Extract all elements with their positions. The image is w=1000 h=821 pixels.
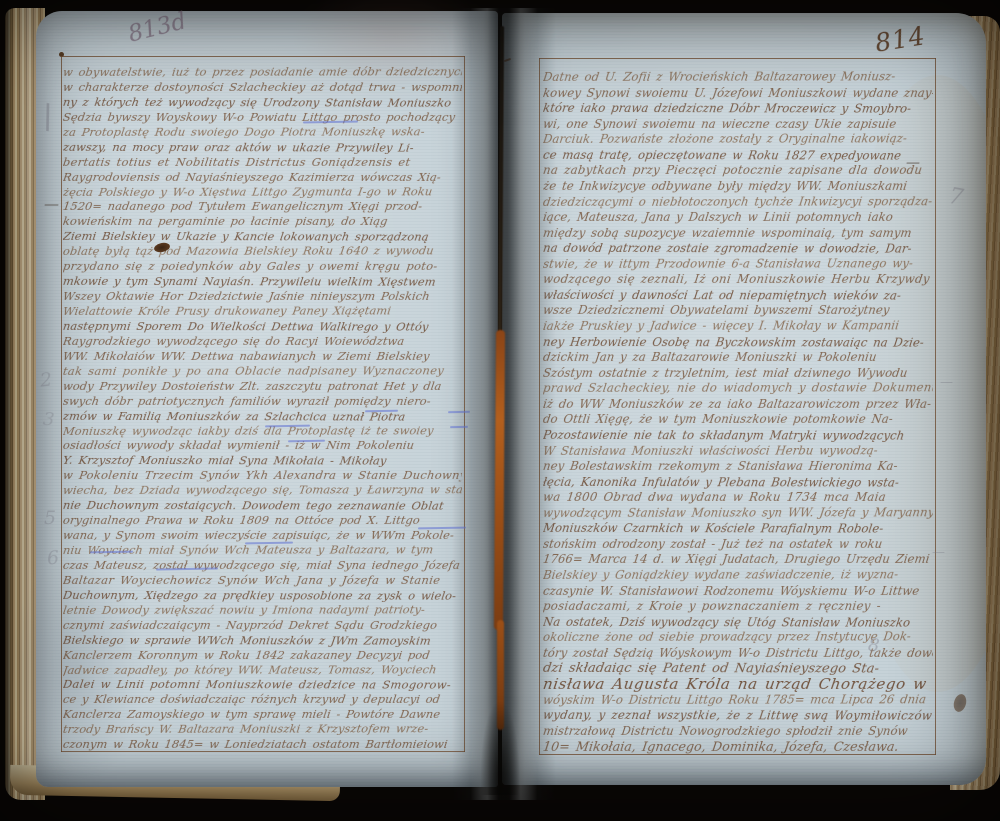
margin-mark-pencil-slash: \ <box>39 96 56 137</box>
manuscript-line: zawszy, na mocy praw oraz aktów w ukazie… <box>63 140 462 156</box>
manuscript-line: cznymi zaświadczaiącym - Nayprzód Dekret… <box>63 618 462 633</box>
manuscript-line: wana, y Synom swoim wieczyście zapisuiąc… <box>63 528 462 543</box>
manuscript-line: czonym w Roku 1845= w Loniedziatach osta… <box>63 737 462 752</box>
manuscript-line: Sędzia bywszy Woyskowy W-o Powiatu Littg… <box>63 110 462 125</box>
manuscript-line: Bielskiey y Goniądzkiey wydane zaświadcz… <box>543 567 933 583</box>
manuscript-line: iakże Pruskiey y Jadwice - więcey I. Mik… <box>543 318 933 334</box>
manuscript-line: dziedziczącymi o niebłotoczonych tychże … <box>543 194 933 210</box>
manuscript-line: wi, one Synowi swoiemu na wieczne czasy … <box>543 117 933 133</box>
margin-mark-pencil-5: 5 <box>44 507 56 529</box>
manuscript-line: W Stanisława Moniuszki właściwości Herbu… <box>543 443 933 459</box>
left-page-text: w obywatelstwie, iuż to przez posiadanie… <box>63 65 462 755</box>
manuscript-line: w charakterze dostoyności Szlacheckiey a… <box>63 80 462 95</box>
manuscript-line: wóyskim W-o Districtu Littgo Roku 1785= … <box>543 692 933 708</box>
manuscript-line: Raygrodzkiego wywodzącego się do Racyi W… <box>63 334 462 349</box>
manuscript-line: ney Bolestawskim rzekomym z Stanisława H… <box>543 459 933 475</box>
manuscript-line: do Ottli Xięgę, że w tym Moniuszkowie po… <box>543 412 933 428</box>
manuscript-line: kowey Synowi swoiemu U. Józefowi Moniusz… <box>543 86 933 102</box>
manuscript-line: 1520= nadanego pod Tytułem Ewangelicznym… <box>63 199 462 214</box>
manuscript-line: 1766= Marca 14 d. w Xięgi Judatach, Drug… <box>543 552 933 568</box>
manuscript-line: oblatę byłą tąż pod Mazowia Bielskiey Ro… <box>63 244 462 260</box>
manuscript-line: iż do WW Moniuszków ze za iako Baltazaro… <box>543 397 933 413</box>
right-page: 814 Datne od U. Zofii z Wrocieńskich Bal… <box>502 13 986 785</box>
manuscript-line: przydano się z poiedynków aby Gales y ow… <box>63 259 462 274</box>
manuscript-line: wiecha, bez Dziada wywodzącego się, Toma… <box>63 483 462 499</box>
manuscript-line: które iako prawa dziedziczne Dóbr Mrocze… <box>543 101 933 117</box>
manuscript-line: wsze Dziedzicznemi Obywatelami bywszemi … <box>543 303 933 319</box>
rule-left <box>539 58 540 755</box>
photo-background: 813d w obywatelstwie, iuż to przez posia… <box>0 0 1000 821</box>
manuscript-line: czasynie W. Stanisławowi Rodzonemu Wóysk… <box>543 584 933 600</box>
manuscript-line: Moniuszkę wywodząc iakby dziś dla Protop… <box>63 423 462 439</box>
manuscript-line: mistrzałową Districtu Nowogrodzkiego spł… <box>543 724 933 740</box>
manuscript-line: Duchownym, Xiędzego za prędkiey usposobi… <box>63 588 462 604</box>
manuscript-line: zmów w Familią Moniuszków za Szlachcica … <box>63 408 462 424</box>
margin-mark-pencil-8: 8 <box>867 634 881 656</box>
margin-mark-dash: — <box>932 545 945 560</box>
gutter-bottom-shadow <box>480 700 520 795</box>
manuscript-line: w Pokoleniu Trzecim Synów Ykh Alexandra … <box>63 468 462 483</box>
manuscript-line: właściwości y dawności Lat od niepamiętn… <box>543 288 933 304</box>
manuscript-line: ce masą tratę, opieczętowane w Roku 1827… <box>543 148 933 164</box>
manuscript-line: wodzącego się zeznali, Iż oni Moniuszkow… <box>543 272 933 288</box>
manuscript-line: prawd Szlacheckiey, nie do wiadomych y d… <box>543 381 933 397</box>
manuscript-line: tak sami ponikłe y po ana Oblacie nadpis… <box>63 363 462 379</box>
manuscript-line: ce y Klewiance doświadczaiąc różnych krz… <box>63 692 462 707</box>
manuscript-line: Kanclerzem Koronnym w Roku 1842 zakazane… <box>63 648 462 663</box>
rule-right <box>935 58 936 755</box>
blue-underline <box>448 411 470 413</box>
archival-page-annotation: 813d <box>126 8 189 47</box>
manuscript-line: dzi składaiąc się Patent od Nayiaśnieysz… <box>543 661 933 677</box>
margin-mark-dash: — <box>940 375 953 390</box>
margin-mark-pencil-7: 7 <box>947 184 965 211</box>
manuscript-line: ny z których też wywodzący się Urodzony … <box>63 95 462 111</box>
manuscript-line: Raygrodoviensis od Nayiaśnieyszego Kazim… <box>63 170 462 185</box>
manuscript-line: stońskim odrodzony został - Już też na o… <box>543 537 933 553</box>
manuscript-line: oryginalnego Prawa w Roku 1809 na Ottóce… <box>63 513 462 528</box>
manuscript-line: nisława Augusta Króla na urząd Chorążego… <box>543 677 933 693</box>
manuscript-line: wa 1800 Obrad dwa wydana w Roku 1734 mca… <box>543 490 933 506</box>
manuscript-line: bertatis totius et Nobilitatis Districtu… <box>63 155 462 170</box>
margin-mark-dash: — <box>906 155 920 171</box>
manuscript-line: ney Herbowienie Osobę na Byczkowskim zos… <box>543 335 933 351</box>
manuscript-line: Y. Krzysztof Moniuszko miał Syna Mikołai… <box>63 453 462 469</box>
manuscript-line: swych dóbr patriotycznych familiów wyraz… <box>63 394 462 409</box>
margin-mark-pencil-2: 2 <box>39 368 53 391</box>
rule-left <box>61 56 62 752</box>
manuscript-line: między sobą supozycye wzaiemnie wspomina… <box>543 226 933 242</box>
manuscript-line: iące, Mateusza, Jana y Dalszych w Linii … <box>543 210 933 226</box>
manuscript-line: wydany, y zeznał wszystkie, że z Littwę … <box>543 708 933 724</box>
manuscript-line: łęcia, Kanonika Infulatów y Plebana Bole… <box>543 475 933 491</box>
manuscript-line: Szóstym ostatnie z trzyletnim, iest miał… <box>543 366 933 382</box>
manuscript-line: Jadwice zapadłey, po którey WW. Mateusz,… <box>63 662 462 678</box>
manuscript-line: wody Przywiley Dostoieństw Zlt. zaszczyt… <box>63 379 462 394</box>
manuscript-line: kowieńskim na pergaminie po łacinie pisa… <box>63 214 462 229</box>
manuscript-line: stwie, że w ittym Przodownie 6-a Stanisł… <box>543 256 933 272</box>
rule-top <box>539 58 936 59</box>
manuscript-line: na dowód patrzone zostaie zgromadzenie w… <box>543 241 933 257</box>
left-page: 813d w obywatelstwie, iuż to przez posia… <box>36 11 498 787</box>
manuscript-line: letnie Dowody zwiększać nowiu y Imiona n… <box>63 602 462 618</box>
manuscript-line: 10= Mikołaia, Ignacego, Dominika, Józefa… <box>543 739 933 755</box>
page-number: 814 <box>873 21 928 58</box>
rule-top <box>61 56 465 57</box>
manuscript-line: Pozostawienie nie tak to składanym Matry… <box>543 428 933 444</box>
manuscript-line: następnymi Sporem Do Wielkości Dettwa Wa… <box>63 319 462 335</box>
ink-speck <box>504 58 511 62</box>
manuscript-line: trzody Brańscy W. Baltazara Moniuszki z … <box>63 722 462 738</box>
margin-mark-pencil-6: 6 <box>46 547 60 570</box>
manuscript-line: osiadłości wywody składał wymienił - iż … <box>63 438 462 453</box>
manuscript-line: że te Inkwizycye odbywane były między WW… <box>543 179 933 195</box>
manuscript-line: czas Mateusz, został wywodzącego się, mi… <box>63 558 462 573</box>
manuscript-line: żęcia Polskiego y W-o Xięstwa Littgo Zyg… <box>63 184 462 200</box>
blue-underline <box>450 426 468 428</box>
manuscript-line: Moniuszków Czarnkich w Kościele Parafial… <box>543 521 933 537</box>
manuscript-line: Bielskiego w sprawie WWch Moniuszków z J… <box>63 633 462 649</box>
manuscript-line: mkowie y tym Synami Nayiaśn. Przywileiu … <box>63 274 462 290</box>
manuscript-line: Baltazar Woyciechowicz Synów Wch Jana y … <box>63 573 462 588</box>
manuscript-line: w obywatelstwie, iuż to przez posiadanie… <box>63 65 462 80</box>
manuscript-line: dzickim Jan y za Baltazarowie Moniuszki … <box>543 350 933 366</box>
margin-mark-pencil-3: 3 <box>42 409 55 431</box>
manuscript-line: nie Duchownym zostaiących. Dowodem tego … <box>63 498 462 514</box>
manuscript-line: Wielattowie Króle Prusy drukowaney Paney… <box>63 303 462 319</box>
rule-right <box>464 56 465 752</box>
manuscript-line: Kanclerza Zamoyskiego w tym sprawę mieli… <box>63 707 462 722</box>
margin-mark-dash: — <box>44 195 59 213</box>
manuscript-line: Datne od U. Zofii z Wrocieńskich Baltaza… <box>543 70 933 86</box>
manuscript-line: wywodzącym Stanisław Moniuszko syn WW. J… <box>543 505 933 521</box>
manuscript-line: Dalei w Linii potomni Moniuszkowie dzied… <box>63 677 462 693</box>
manuscript-line: posiadaczami, z Kroie y powznaczaniem z … <box>543 599 933 615</box>
manuscript-line: na zabytkach przy Pieczęci potocznie zap… <box>543 163 933 179</box>
manuscript-line: WW. Mikołaiów WW. Dettwa nabawianych w Z… <box>63 349 462 364</box>
manuscript-line: za Protoplastę Rodu swoiego Dogo Piotra … <box>63 124 462 140</box>
manuscript-line: Wszey Oktawie Hor Dziedzictwie Jaśnie ni… <box>63 289 462 304</box>
manuscript-line: Darciuk. Pozwańste złożone zostały z Ory… <box>543 132 933 148</box>
